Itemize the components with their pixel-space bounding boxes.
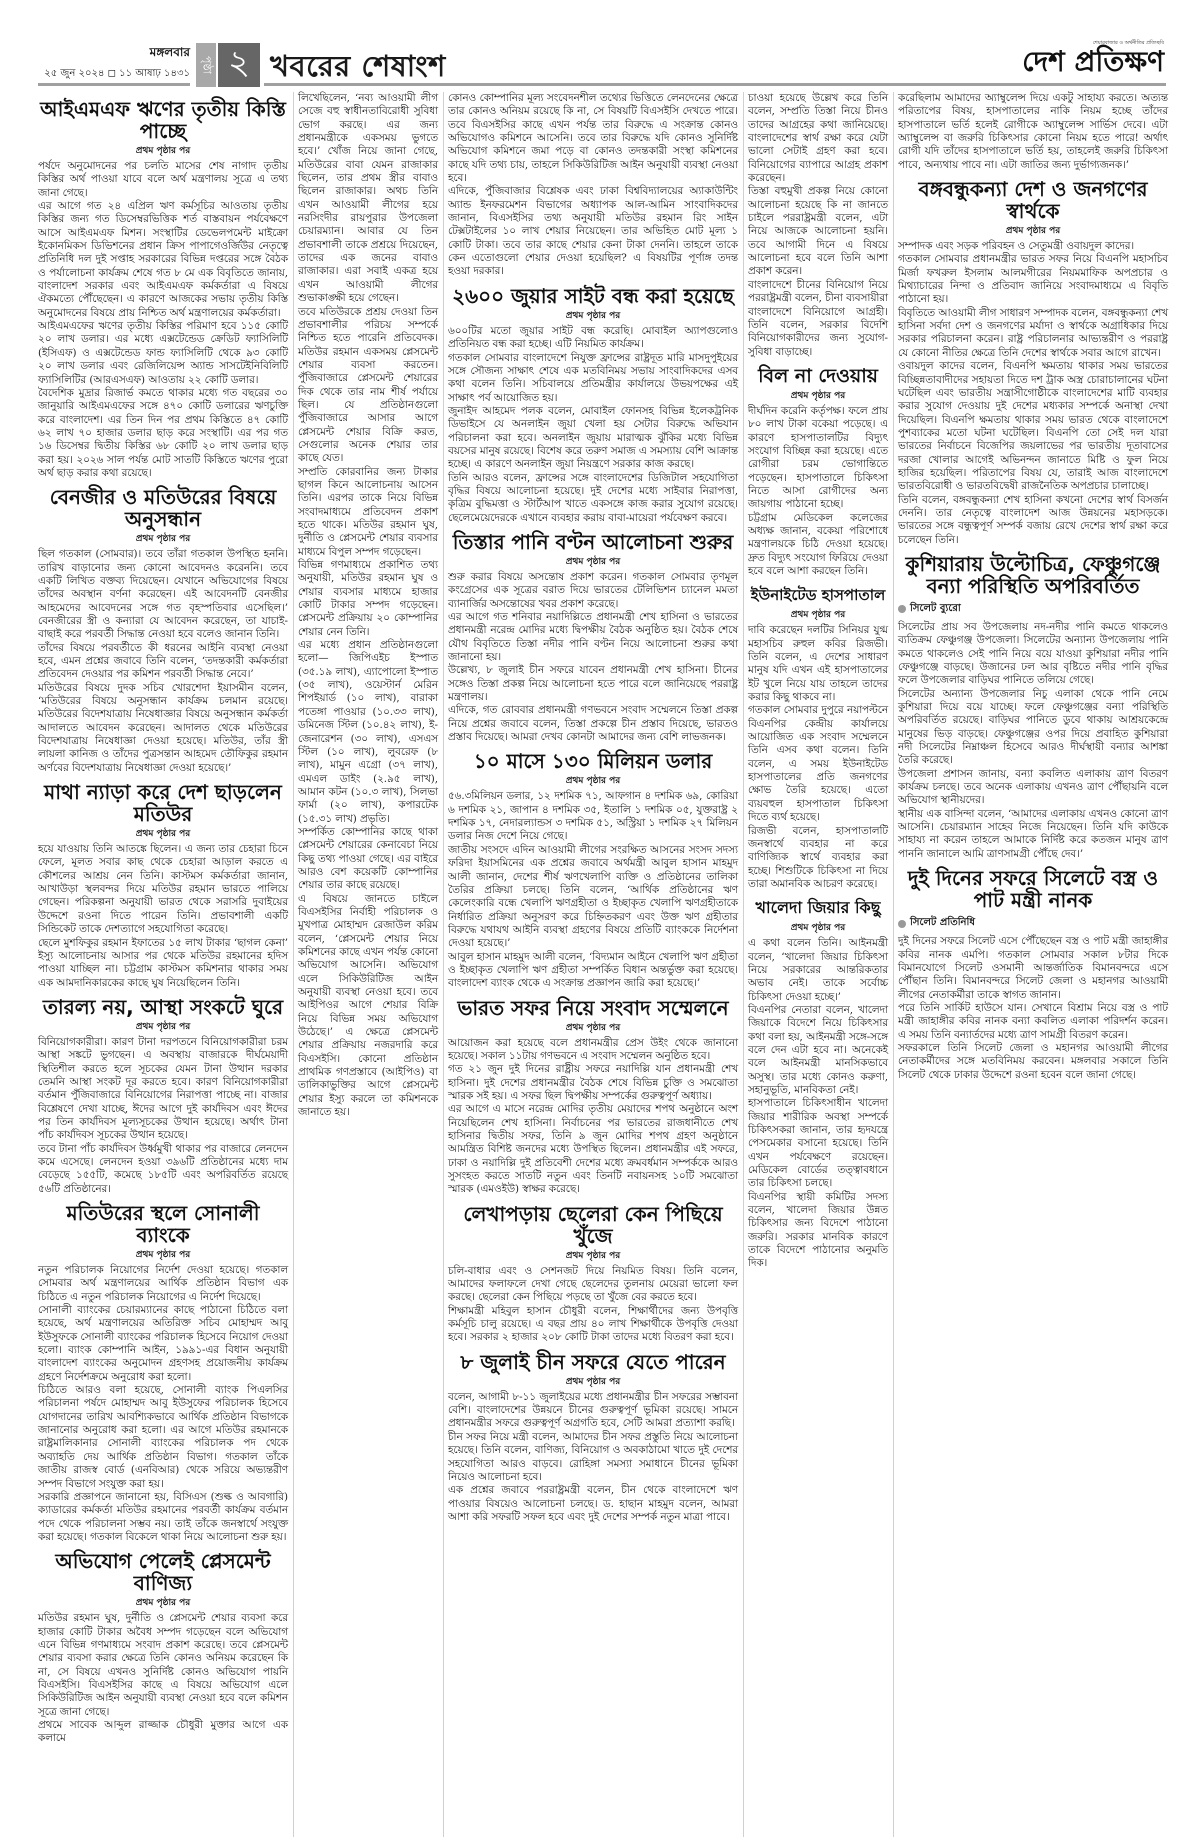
paragraph: আয়োজন করা হয়েছে বলে প্রধানমন্ত্রীর প্র…: [448, 1037, 738, 1064]
headline[interactable]: ২৬০০ জুয়ার সাইট বন্ধ করা হয়েছে: [448, 285, 738, 307]
continuation-label: প্রথম পৃষ্ঠার পর: [448, 1374, 738, 1389]
article-body-bsec: কোনও কোম্পানির মূল্য সংবেদনশীল তথ্যের ভি…: [448, 92, 738, 279]
article-body: দাবি করেছেন দলটির সিনিয়র যুগ্ম মহাসচিব …: [748, 624, 888, 891]
headline[interactable]: আইএমএফ ঋণের তৃতীয় কিস্তি পাচ্ছে: [38, 98, 288, 142]
paragraph: বলেন, আগামী ৮-১১ জুলাইয়ের মধ্যে প্রধানম…: [448, 1391, 738, 1431]
article-body: বিনিয়োগকারীরা। কারণ টানা দরপতনে বিনিয়ো…: [38, 1036, 288, 1196]
headline[interactable]: বেনজীর ও মতিউরের বিষয়ে অনুসন্ধান: [38, 486, 288, 530]
article-body: চলি-বাধার এবং ও সেশনজট দিয়ে নিয়মিত বিষ…: [448, 1265, 738, 1345]
article-body-matiur-continued: লিখেছিলেন, ‘নব্য আওয়ামী লীগ সেজে বহু স্…: [298, 92, 438, 1119]
article-body: আয়োজন করা হয়েছে বলে প্রধানমন্ত্রীর প্র…: [448, 1037, 738, 1197]
issue-day: মঙ্গলবার: [38, 44, 190, 64]
paragraph: শুরু করার বিষয়ে অসন্তোষ প্রকাশ করেন। গত…: [448, 571, 738, 611]
paragraph: সম্পাদক এবং সড়ক পরিবহন ও সেতুমন্ত্রী ওব…: [898, 240, 1168, 253]
continuation-label: প্রথম পৃষ্ঠার পর: [748, 388, 888, 403]
article-body: ছিল গতকাল (সোমবার)। তবে তাঁরা গতকাল উপস্…: [38, 548, 288, 775]
paragraph: সিলেটের প্রায় সব উপজেলায় নদ-নদীর পানি …: [898, 621, 1168, 688]
continuation-label: প্রথম পৃষ্ঠার পর: [38, 143, 288, 158]
continuation-label: প্রথম পৃষ্ঠার পর: [38, 1019, 288, 1034]
headline[interactable]: ১০ মাসে ১৩০ মিলিয়ন ডলার: [448, 750, 738, 772]
paragraph: চিঠিতে আরও বলা হয়েছে, সোনালী ব্যাংক পিএ…: [38, 1384, 288, 1491]
paragraph: বিএনপির স্থায়ী কমিটির সদস্য বলেন, খালেদ…: [748, 1191, 888, 1271]
column-divider: [743, 92, 744, 1837]
paragraph: এ কথা বলেন তিনি। আইনমন্ত্রী বলেন, ‘খালেদ…: [748, 937, 888, 1004]
paragraph: তবে টানা পাঁচ কার্যদিবস উর্ধ্বমুখী থাকার…: [38, 1143, 288, 1196]
continuation-label: প্রথম পৃষ্ঠার পর: [38, 1247, 288, 1262]
headline[interactable]: মাথা ন্যাড়া করে দেশ ছাড়লেন মতিউর: [38, 781, 288, 825]
issue-date-block: মঙ্গলবার ২৫ জুন ২০২৪ ◻ ১১ আষাঢ় ১৪৩১: [38, 44, 190, 83]
article-imf: আইএমএফ ঋণের তৃতীয় কিস্তি পাচ্ছে প্রথম প…: [38, 98, 288, 480]
paragraph: তবে মতিউরকে প্রশ্রয় দেওয়া তিন প্রভাবশা…: [298, 306, 438, 466]
headline[interactable]: মতিউরের স্থলে সোনালী ব্যাংকে: [38, 1202, 288, 1246]
column-divider: [293, 92, 294, 1837]
paragraph: রিজভী বলেন, হাসপাতালটি জনস্বার্থে ব্যবহা…: [748, 825, 888, 892]
page-number: ২: [218, 43, 260, 87]
paragraph: বৈদেশিক মুদ্রার রিজার্ভ কমতে থাকার মধ্যে…: [38, 387, 288, 480]
paragraph: দাবি করেছেন দলটির সিনিয়র যুগ্ম মহাসচিব …: [748, 624, 888, 704]
article-body: সম্পাদক এবং সড়ক পরিবহন ও সেতুমন্ত্রী ওব…: [898, 240, 1168, 547]
paragraph: এদিকে, গত রোববার প্রধানমন্ত্রী গণভবনে সং…: [448, 704, 738, 744]
article-body: বলেন, আগামী ৮-১১ জুলাইয়ের মধ্যে প্রধানম…: [448, 1391, 738, 1524]
continuation-label: প্রথম পৃষ্ঠার পর: [748, 920, 888, 935]
paragraph: আইএমএফের ঋণের তৃতীয় কিস্তির পরিমাণ হবে …: [38, 320, 288, 387]
bullet-icon: [898, 920, 906, 928]
paragraph: হয়ে যাওয়ায় তিনি আতঙ্কে ছিলেন। এ জন্য …: [38, 843, 288, 936]
paragraph: কোনও কোম্পানির মূল্য সংবেদনশীল তথ্যের ভি…: [448, 92, 738, 185]
article-education: লেখাপড়ায় ছেলেরা কেন পিছিয়ে খুঁজে প্রথ…: [448, 1203, 738, 1345]
headline[interactable]: বিল না দেওয়ায়: [748, 365, 888, 387]
paragraph: তিস্তা বহুমুখী প্রকল্প নিয়ে কোনো আলোচনা…: [748, 185, 888, 278]
masthead-rule-right: [264, 83, 1166, 86]
paragraph: বিনিয়োগকারীরা। কারণ টানা দরপতনে বিনিয়ো…: [38, 1036, 288, 1143]
article-benazir: বেনজীর ও মতিউরের বিষয়ে অনুসন্ধান প্রথম …: [38, 486, 288, 775]
continuation-label: প্রথম পৃষ্ঠার পর: [748, 607, 888, 622]
paragraph: নতুন পরিচালক নিয়োগের নির্দেশ দেওয়া হয়…: [38, 1264, 288, 1304]
continuation-label: প্রথম পৃষ্ঠার পর: [448, 1020, 738, 1035]
paragraph: পর্ষদে অনুমোদনের পর চলতি মাসের শেষ নাগাদ…: [38, 160, 288, 200]
continuation-label: প্রথম পৃষ্ঠার পর: [448, 308, 738, 323]
paragraph: জুনাইদ আহমেদ পলক বলেন, মোবাইল ফোনসহ বিভি…: [448, 405, 738, 472]
paragraph: গতকাল সোমবার বাংলাদেশে নিযুক্ত ফ্রান্সের…: [448, 352, 738, 405]
column-1: আইএমএফ ঋণের তৃতীয় কিস্তি পাচ্ছে প্রথম প…: [38, 92, 288, 1746]
column-4: চাওয়া হয়েছে উল্লেখ করে তিনি বলেন, সম্প…: [748, 92, 888, 1271]
article-united-hospital: ইউনাইটেড হাসপাতাল প্রথম পৃষ্ঠার পর দাবি …: [748, 584, 888, 891]
headline[interactable]: অভিযোগ পেলেই প্লেসমেন্ট বাণিজ্য: [38, 1550, 288, 1594]
bullet-icon: [898, 605, 906, 613]
newspaper-logo: শেয়ারবাজার ও অর্থনীতির প্রতিচ্ছবি দেশ প…: [1022, 40, 1164, 76]
paragraph: চট্টগ্রাম মেডিকেল কলেজের অধ্যক্ষ জানান, …: [748, 512, 888, 579]
paragraph: উল্লেখ্য, ৮ জুলাই চীন সফরে যাবেন প্রধানম…: [448, 664, 738, 704]
paragraph: দীর্ঘদিন করেনি কর্তৃপক্ষ। ফলে প্রায় ৮০ …: [748, 405, 888, 512]
article-gambling: ২৬০০ জুয়ার সাইট বন্ধ করা হয়েছে প্রথম প…: [448, 285, 738, 525]
headline[interactable]: ভারত সফর নিয়ে সংবাদ সম্মেলনে: [448, 997, 738, 1019]
paragraph: লিখেছিলেন, ‘নব্য আওয়ামী লীগ সেজে বহু স্…: [298, 92, 438, 306]
article-body: হয়ে যাওয়ায় তিনি আতঙ্কে ছিলেন। এ জন্য …: [38, 843, 288, 990]
page-label: পৃষ্ঠা: [196, 43, 216, 87]
paragraph: ছেলে মুশফিকুর রহমান ইফাতের ১৫ লাখ টাকার …: [38, 937, 288, 990]
article-liquidity: তারল্য নয়, আস্থা সংকটে ঘুরে প্রথম পৃষ্ঠ…: [38, 996, 288, 1196]
brand-name: দেশ প্রতিক্ষণ: [1022, 48, 1164, 76]
column-divider: [443, 92, 444, 1837]
continuation-label: প্রথম পৃষ্ঠার পর: [38, 531, 288, 546]
paragraph: এক প্রশ্নের জবাবে পররাষ্ট্রমন্ত্রী বলেন,…: [448, 1484, 738, 1524]
paragraph: স্থানীয় এক বাসিন্দা বলেন, ‘আমাদের এলাকা…: [898, 808, 1168, 861]
paragraph: চাওয়া হয়েছে উল্লেখ করে তিনি বলেন, সম্প…: [748, 92, 888, 185]
headline[interactable]: কুশিয়ারায় উল্টোচিত্র, ফেঞ্চুগঞ্জে বন্য…: [898, 553, 1168, 597]
article-placement: অভিযোগ পেলেই প্লেসমেন্ট বাণিজ্য প্রথম পৃ…: [38, 1550, 288, 1745]
paragraph: সিলেটের অন্যান্য উপজেলার নিচু এলাকা থেকে…: [898, 688, 1168, 768]
paragraph: এর আগে গত শনিবার নয়াদিল্লিতে প্রধানমন্ত…: [448, 611, 738, 664]
article-kushiyara: কুশিয়ারায় উল্টোচিত্র, ফেঞ্চুগঞ্জে বন্য…: [898, 553, 1168, 861]
paragraph: ওবায়দুল কাদের বলেন, বিএনপি ক্ষমতায় থাক…: [898, 360, 1168, 493]
article-body: এ কথা বলেন তিনি। আইনমন্ত্রী বলেন, ‘খালেদ…: [748, 937, 888, 1271]
paragraph: সোনালী ব্যাংকের চেয়ারম্যানের কাছে পাঠান…: [38, 1304, 288, 1384]
issue-date: ২৫ জুন ২০২৪ ◻ ১১ আষাঢ় ১৪৩১: [38, 66, 190, 83]
byline: সিলেট ব্যুরো: [898, 601, 1168, 618]
article-teesta: তিস্তার পানি বণ্টন আলোচনা শুরুর প্রথম পৃ…: [448, 531, 738, 744]
column-2: লিখেছিলেন, ‘নব্য আওয়ামী লীগ সেজে বহু স্…: [298, 92, 438, 1119]
paragraph: চীন সফর নিয়ে মন্ত্রী বলেন, আমাদের চীন স…: [448, 1431, 738, 1484]
masthead-rule-left: [38, 83, 190, 86]
column-divider: [893, 92, 894, 1837]
continuation-label: প্রথম পৃষ্ঠার পর: [448, 554, 738, 569]
article-ten-months: ১০ মাসে ১৩০ মিলিয়ন ডলার প্রথম পৃষ্ঠার প…: [448, 750, 738, 990]
paragraph: আবুল হাসান মাহমুদ আলী বলেন, ‘বিদ্যমান আই…: [448, 951, 738, 991]
paragraph: সরকারি প্রজ্ঞাপনে জানানো হয়, বিসিএস (শু…: [38, 1491, 288, 1544]
paragraph: এর মধ্যে প্রধান প্রতিষ্ঠানগুলো হলো— জিপি…: [298, 639, 438, 826]
headline[interactable]: তিস্তার পানি বণ্টন আলোচনা শুরুর: [448, 531, 738, 553]
paragraph: মতিউর রহমান ঘুষ, দুর্নীতি ও প্লেসমেন্ট শ…: [38, 1612, 288, 1719]
paragraph: ৬০০টির মতো জুয়ার সাইট বন্ধ করেছি। মোবাই…: [448, 325, 738, 352]
paragraph: পরে তিনি সার্কিট হাউসে যান। সেখানে বিশ্র…: [898, 1002, 1168, 1042]
article-bill: বিল না দেওয়ায় প্রথম পৃষ্ঠার পর দীর্ঘদি…: [748, 365, 888, 578]
paragraph: তাঁদের বিষয়ে পরবর্তীতে কী ধরনের আইনি ব্…: [38, 642, 288, 682]
paragraph: ৫৬.৩মিলিয়ন ডলার, ১২ দশমিক ৭১, আফগান ৪ দ…: [448, 790, 738, 843]
article-body: ৬০০টির মতো জুয়ার সাইট বন্ধ করেছি। মোবাই…: [448, 325, 738, 525]
article-body: দুই দিনের সফরে সিলেট এসে পৌঁছেছেন বস্ত্র…: [898, 935, 1168, 1082]
continuation-label: প্রথম পৃষ্ঠার পর: [38, 826, 288, 841]
headline[interactable]: বঙ্গবন্ধুকন্যা দেশ ও জনগণের স্বার্থকে: [898, 178, 1168, 222]
paragraph: প্রথমে সাবেক আব্দুল রাজ্জাক চৌধুরী মুক্ত…: [38, 1719, 288, 1746]
paragraph: হাসপাতালে চিকিৎসাধীন খালেদা জিয়ার শারীর…: [748, 1097, 888, 1190]
headline[interactable]: খালেদা জিয়ার কিছু: [748, 897, 888, 919]
paragraph: তিনি আরও বলেন, ফ্রান্সের সঙ্গে বাংলাদেশে…: [448, 472, 738, 525]
paragraph: গত ২১ জুন দুই দিনের রাষ্ট্রীয় সফরে নয়া…: [448, 1063, 738, 1103]
paragraph: করেছিলাম আমাদের অ্যাম্বুলেন্স দিয়ে একটু…: [898, 92, 1168, 172]
paragraph: সম্পর্কিত কোম্পানির কাছে থাকা প্লেসমেন্ট…: [298, 826, 438, 893]
continuation-label: প্রথম পৃষ্ঠার পর: [448, 1248, 738, 1263]
paragraph: সম্প্রতি কোরবানির জন্য টাকার ছাগল কিনে আ…: [298, 466, 438, 559]
continuation-label: প্রথম পৃষ্ঠার পর: [38, 1595, 288, 1610]
article-khaleda: খালেদা জিয়ার কিছু প্রথম পৃষ্ঠার পর এ কথ…: [748, 897, 888, 1271]
article-matiur-flee: মাথা ন্যাড়া করে দেশ ছাড়লেন মতিউর প্রথম…: [38, 781, 288, 990]
paragraph: জাতীয় সংসদে এদিন আওয়ামী লীগের সংরক্ষিত…: [448, 844, 738, 951]
paragraph: বাংলাদেশে চীনের বিনিয়োগ নিয়ে পররাষ্ট্র…: [748, 279, 888, 359]
paragraph: এর আগে গত ২৪ এপ্রিল ঋণ কর্মসূচির আওতায় …: [38, 200, 288, 320]
article-body: দীর্ঘদিন করেনি কর্তৃপক্ষ। ফলে প্রায় ৮০ …: [748, 405, 888, 578]
paragraph: দুই দিনের সফরে সিলেট এসে পৌঁছেছেন বস্ত্র…: [898, 935, 1168, 1002]
article-body: মতিউর রহমান ঘুষ, দুর্নীতি ও প্লেসমেন্ট শ…: [38, 1612, 288, 1745]
article-sonali: মতিউরের স্থলে সোনালী ব্যাংকে প্রথম পৃষ্ঠ…: [38, 1202, 288, 1544]
paragraph: বিভিন্ন গণমাধ্যমে প্রকাশিত তথ্য অনুযায়ী…: [298, 559, 438, 639]
continuation-label: প্রথম পৃষ্ঠার পর: [898, 223, 1168, 238]
masthead: মঙ্গলবার ২৫ জুন ২০২৪ ◻ ১১ আষাঢ় ১৪৩১ পৃষ…: [0, 0, 1200, 90]
headline[interactable]: ইউনাইটেড হাসপাতাল: [748, 584, 888, 606]
paragraph: চলি-বাধার এবং ও সেশনজট দিয়ে নিয়মিত বিষ…: [448, 1265, 738, 1305]
paragraph: গতকাল সোমবার দুপুরে নয়াপল্টনে বিএনপির ক…: [748, 704, 888, 824]
paragraph: এ বিষয়ে জানতে চাইলে বিএসইসির নির্বাহী প…: [298, 893, 438, 1120]
article-body-col5-top: করেছিলাম আমাদের অ্যাম্বুলেন্স দিয়ে একটু…: [898, 92, 1168, 172]
article-sylhet-minister: দুই দিনের সফরে সিলেটে বস্ত্র ও পাট মন্ত্…: [898, 867, 1168, 1082]
byline-text: সিলেট ব্যুরো: [910, 601, 961, 618]
article-body: শুরু করার বিষয়ে অসন্তোষ প্রকাশ করেন। গত…: [448, 571, 738, 744]
headline[interactable]: দুই দিনের সফরে সিলেটে বস্ত্র ও পাট মন্ত্…: [898, 867, 1168, 911]
paragraph: ছিল গতকাল (সোমবার)। তবে তাঁরা গতকাল উপস্…: [38, 548, 288, 641]
byline: সিলেট প্রতিনিধি: [898, 915, 1168, 932]
paragraph: মতিউরের বিষয়ে দুদক সচিব খোরশেদা ইয়াসমী…: [38, 682, 288, 775]
paragraph: এর আগে এ মাসে নরেন্দ্র মোদির তৃতীয় মেয়…: [448, 1103, 738, 1196]
column-3: কোনও কোম্পানির মূল্য সংবেদনশীল তথ্যের ভি…: [448, 92, 738, 1524]
article-body-col4-top: চাওয়া হয়েছে উল্লেখ করে তিনি বলেন, সম্প…: [748, 92, 888, 359]
paragraph: উপজেলা প্রশাসন জানায়, বন্যা কবলিত এলাকা…: [898, 768, 1168, 808]
headline[interactable]: ৮ জুলাই চীন সফরে যেতে পারেন: [448, 1351, 738, 1373]
paragraph: শিক্ষামন্ত্রী মহিবুল হাসান চৌধুরী বলেন, …: [448, 1305, 738, 1345]
byline-text: সিলেট প্রতিনিধি: [910, 915, 975, 932]
paragraph: তিনি বলেন, বঙ্গবন্ধুকন্যা শেখ হাসিনা কখন…: [898, 494, 1168, 547]
paragraph: বিএনপির নেতারা বলেন, খালেদা জিয়াকে বিদে…: [748, 1004, 888, 1097]
article-body: নতুন পরিচালক নিয়োগের নির্দেশ দেওয়া হয়…: [38, 1264, 288, 1544]
headline[interactable]: লেখাপড়ায় ছেলেরা কেন পিছিয়ে খুঁজে: [448, 1203, 738, 1247]
article-bangabandhu: বঙ্গবন্ধুকন্যা দেশ ও জনগণের স্বার্থকে প্…: [898, 178, 1168, 547]
article-china: ৮ জুলাই চীন সফরে যেতে পারেন প্রথম পৃষ্ঠা…: [448, 1351, 738, 1524]
article-india-presser: ভারত সফর নিয়ে সংবাদ সম্মেলনে প্রথম পৃষ্…: [448, 997, 738, 1197]
paragraph: এদিকে, পুঁজিবাজার বিশ্লেষক এবং ঢাকা বিশ্…: [448, 185, 738, 278]
paragraph: গতকাল সোমবার প্রধানমন্ত্রীর ভারত সফর নিয…: [898, 253, 1168, 306]
paragraph: সফরকালে তিনি সিলেট জেলা ও মহানগর আওয়ামী…: [898, 1042, 1168, 1082]
article-body: পর্ষদে অনুমোদনের পর চলতি মাসের শেষ নাগাদ…: [38, 160, 288, 480]
column-5: করেছিলাম আমাদের অ্যাম্বুলেন্স দিয়ে একটু…: [898, 92, 1168, 1082]
continuation-label: প্রথম পৃষ্ঠার পর: [448, 773, 738, 788]
headline[interactable]: তারল্য নয়, আস্থা সংকটে ঘুরে: [38, 996, 288, 1018]
article-body: সিলেটের প্রায় সব উপজেলায় নদ-নদীর পানি …: [898, 621, 1168, 861]
paragraph: বিবৃতিতে আওয়ামী লীগ সাধারণ সম্পাদক বলেন…: [898, 307, 1168, 360]
newspaper-page: আইএমএফ ঋণের তৃতীয় কিস্তি পাচ্ছে প্রথম প…: [38, 92, 1168, 1837]
article-body: ৫৬.৩মিলিয়ন ডলার, ১২ দশমিক ৭১, আফগান ৪ দ…: [448, 790, 738, 990]
